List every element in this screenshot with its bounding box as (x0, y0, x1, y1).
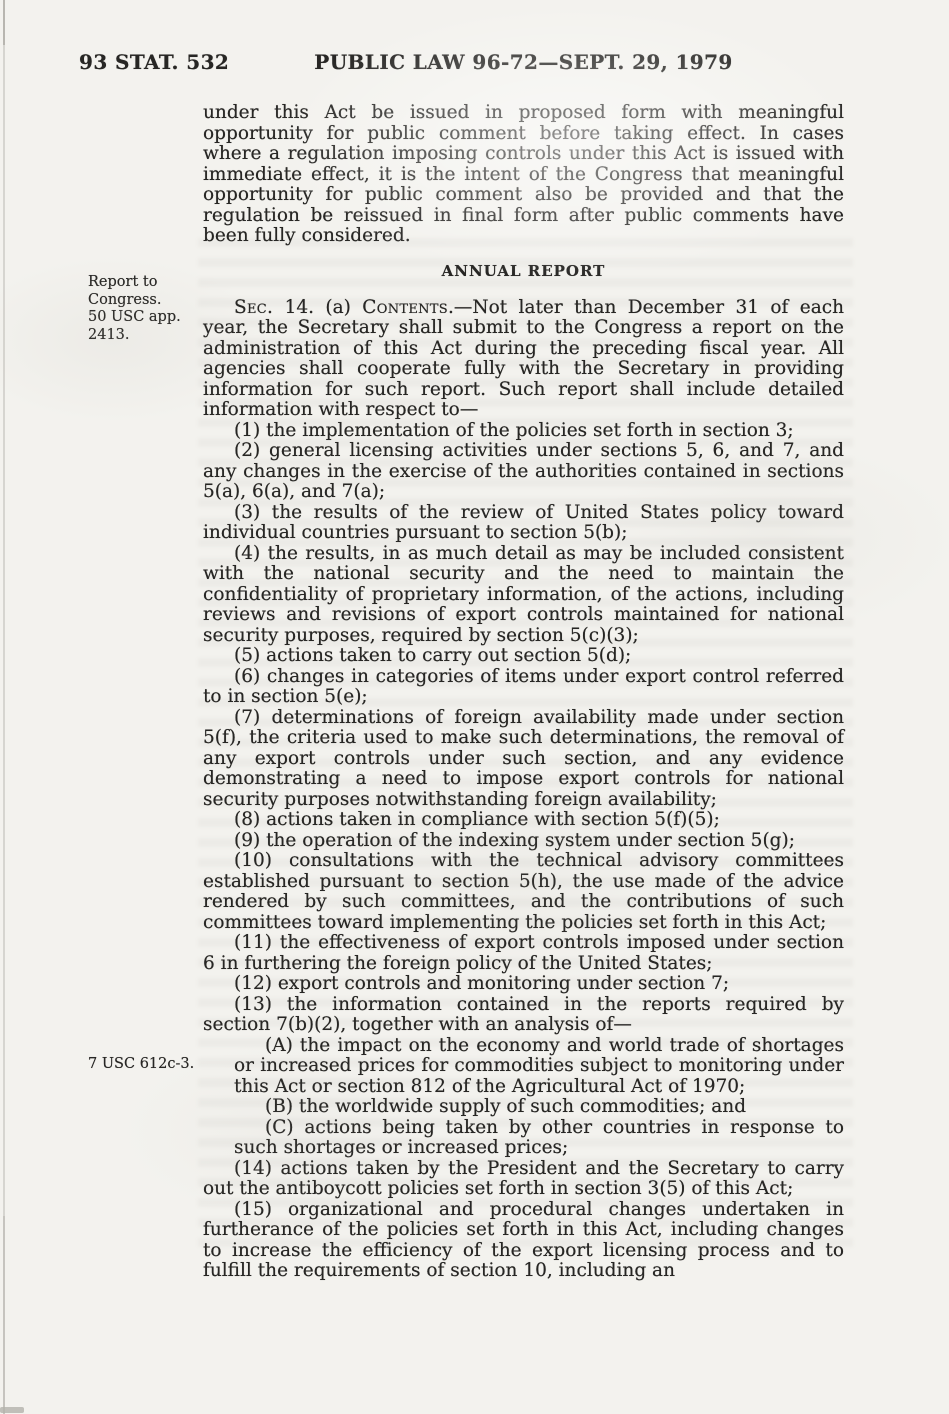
sub-item-A: (A) the impact on the economy and world … (203, 1036, 844, 1098)
list-item-13: (13) the information contained in the re… (203, 995, 844, 1036)
margin-note-line: Report to (88, 274, 213, 292)
list-item-6: (6) changes in categories of items under… (203, 667, 844, 708)
list-item-15: (15) organizational and procedural chang… (203, 1200, 844, 1282)
document-page: 93 STAT. 532 PUBLIC LAW 96-72—SEPT. 29, … (0, 0, 949, 1414)
sec-14-paragraph: Sec. 14. (a) Contents.—Not later than De… (203, 298, 844, 421)
list-item-12: (12) export controls and monitoring unde… (203, 974, 844, 995)
intro-paragraph: under this Act be issued in proposed for… (203, 103, 844, 247)
annual-report-heading: ANNUAL REPORT (203, 262, 844, 280)
list-item-10: (10) consultations with the technical ad… (203, 851, 844, 933)
sec-14-dash: .— (448, 297, 472, 318)
list-item-8: (8) actions taken in compliance with sec… (203, 810, 844, 831)
sec-14-contents-label: Contents (362, 297, 448, 318)
list-item-3: (3) the results of the review of United … (203, 503, 844, 544)
text-column: under this Act be issued in proposed for… (203, 103, 844, 1282)
list-item-9: (9) the operation of the indexing system… (203, 831, 844, 852)
list-item-1: (1) the implementation of the policies s… (203, 421, 844, 442)
sub-item-C: (C) actions being taken by other countri… (203, 1118, 844, 1159)
margin-note-line: 50 USC app. (88, 309, 213, 327)
margin-note-report-to-congress: Report to Congress. 50 USC app. 2413. (88, 274, 213, 344)
list-item-7: (7) determinations of foreign availabili… (203, 708, 844, 811)
law-title: PUBLIC LAW 96-72—SEPT. 29, 1979 (203, 50, 844, 74)
list-item-14: (14) actions taken by the President and … (203, 1159, 844, 1200)
scan-corner-mark (0, 1407, 24, 1413)
list-item-11: (11) the effectiveness of export control… (203, 933, 844, 974)
list-item-5: (5) actions taken to carry out section 5… (203, 646, 844, 667)
margin-note-usc-citation: 7 USC 612c-3. (88, 1056, 213, 1074)
sec-14-label: Sec. (234, 297, 273, 318)
sec-14-number: 14. (a) (273, 297, 362, 318)
margin-note-line: 2413. (88, 327, 213, 345)
margin-note-line: 7 USC 612c-3. (88, 1056, 213, 1074)
list-item-2: (2) general licensing activities under s… (203, 441, 844, 503)
margin-note-line: Congress. (88, 292, 213, 310)
scan-edge-artifact (3, 0, 5, 1414)
sub-item-B: (B) the worldwide supply of such commodi… (203, 1097, 844, 1118)
running-head: 93 STAT. 532 PUBLIC LAW 96-72—SEPT. 29, … (0, 50, 949, 76)
list-item-4: (4) the results, in as much detail as ma… (203, 544, 844, 647)
